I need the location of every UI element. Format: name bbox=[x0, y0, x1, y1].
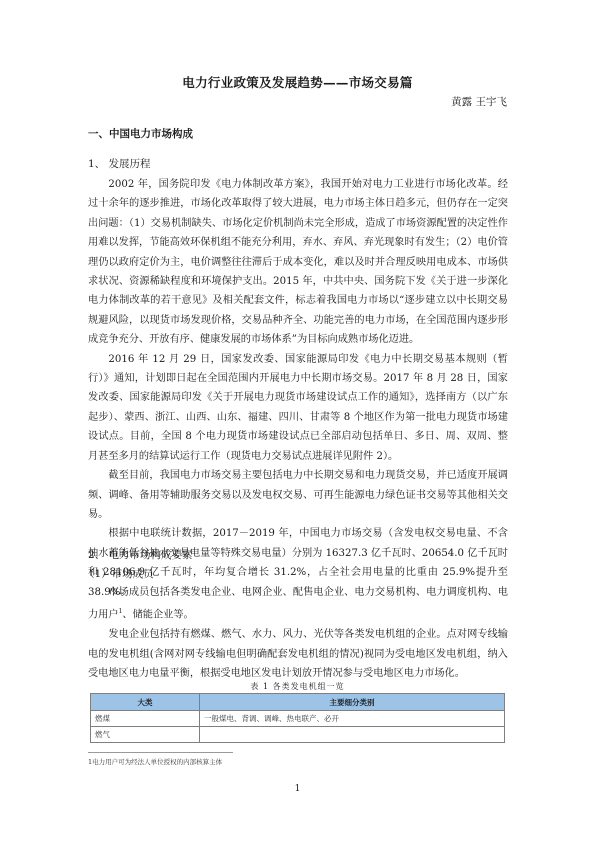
authors: 黄露 王宇飞 bbox=[451, 94, 507, 109]
subsection-heading-elements: 2、 电力市场构成要素 bbox=[88, 547, 193, 562]
generator-types-table: 大类 主要细分类别 燃煤 一般煤电、背调、调峰、热电联产、必开 燃气 bbox=[90, 693, 505, 743]
sub-subheading-members: （1）市场成员 bbox=[84, 566, 154, 581]
footnote: 1电力用户可为经法人单位授权的内部核算主体 bbox=[88, 757, 222, 766]
document-page: 电力行业政策及发展趋势——市场交易篇 黄露 王宇飞 一、中国电力市场构成 1、 … bbox=[0, 0, 595, 841]
table-row: 燃气 bbox=[91, 727, 505, 743]
table-header-subcategory: 主要细分类别 bbox=[200, 694, 505, 711]
page-number: 1 bbox=[0, 784, 595, 794]
paragraph: 截至目前，我国电力市场交易主要包括电力中长期交易和电力现货交易，并已适度开展调频… bbox=[88, 466, 508, 524]
table-row: 燃煤 一般煤电、背调、调峰、热电联产、必开 bbox=[91, 711, 505, 727]
paragraph: 发电企业包括持有燃煤、燃气、水力、风力、光伏等各类发电机组的企业。点对网专线输电… bbox=[88, 625, 508, 683]
paragraph: 市场成员包括各类发电企业、电网企业、配售电企业、电力交易机构、电力调度机构、电力… bbox=[88, 583, 508, 625]
history-paragraphs: 2002 年，国务院印发《电力体制改革方案》，我国开始对电力工业进行市场化改革。… bbox=[88, 175, 508, 602]
table-header-category: 大类 bbox=[91, 694, 200, 711]
paragraph: 2002 年，国务院印发《电力体制改革方案》，我国开始对电力工业进行市场化改革。… bbox=[88, 175, 508, 350]
members-paragraphs: 市场成员包括各类发电企业、电网企业、配售电企业、电力交易机构、电力调度机构、电力… bbox=[88, 583, 508, 683]
footnote-divider bbox=[88, 752, 233, 753]
document-title: 电力行业政策及发展趋势——市场交易篇 bbox=[0, 73, 595, 91]
table-caption: 表 1 各类发电机组一览 bbox=[0, 681, 595, 692]
paragraph: 2016 年 12 月 29 日，国家发改委、国家能源局印发《电力中长期交易基本… bbox=[88, 350, 508, 466]
subsection-heading-history: 1、 发展历程 bbox=[88, 156, 151, 171]
section-heading-1: 一、中国电力市场构成 bbox=[88, 126, 193, 141]
